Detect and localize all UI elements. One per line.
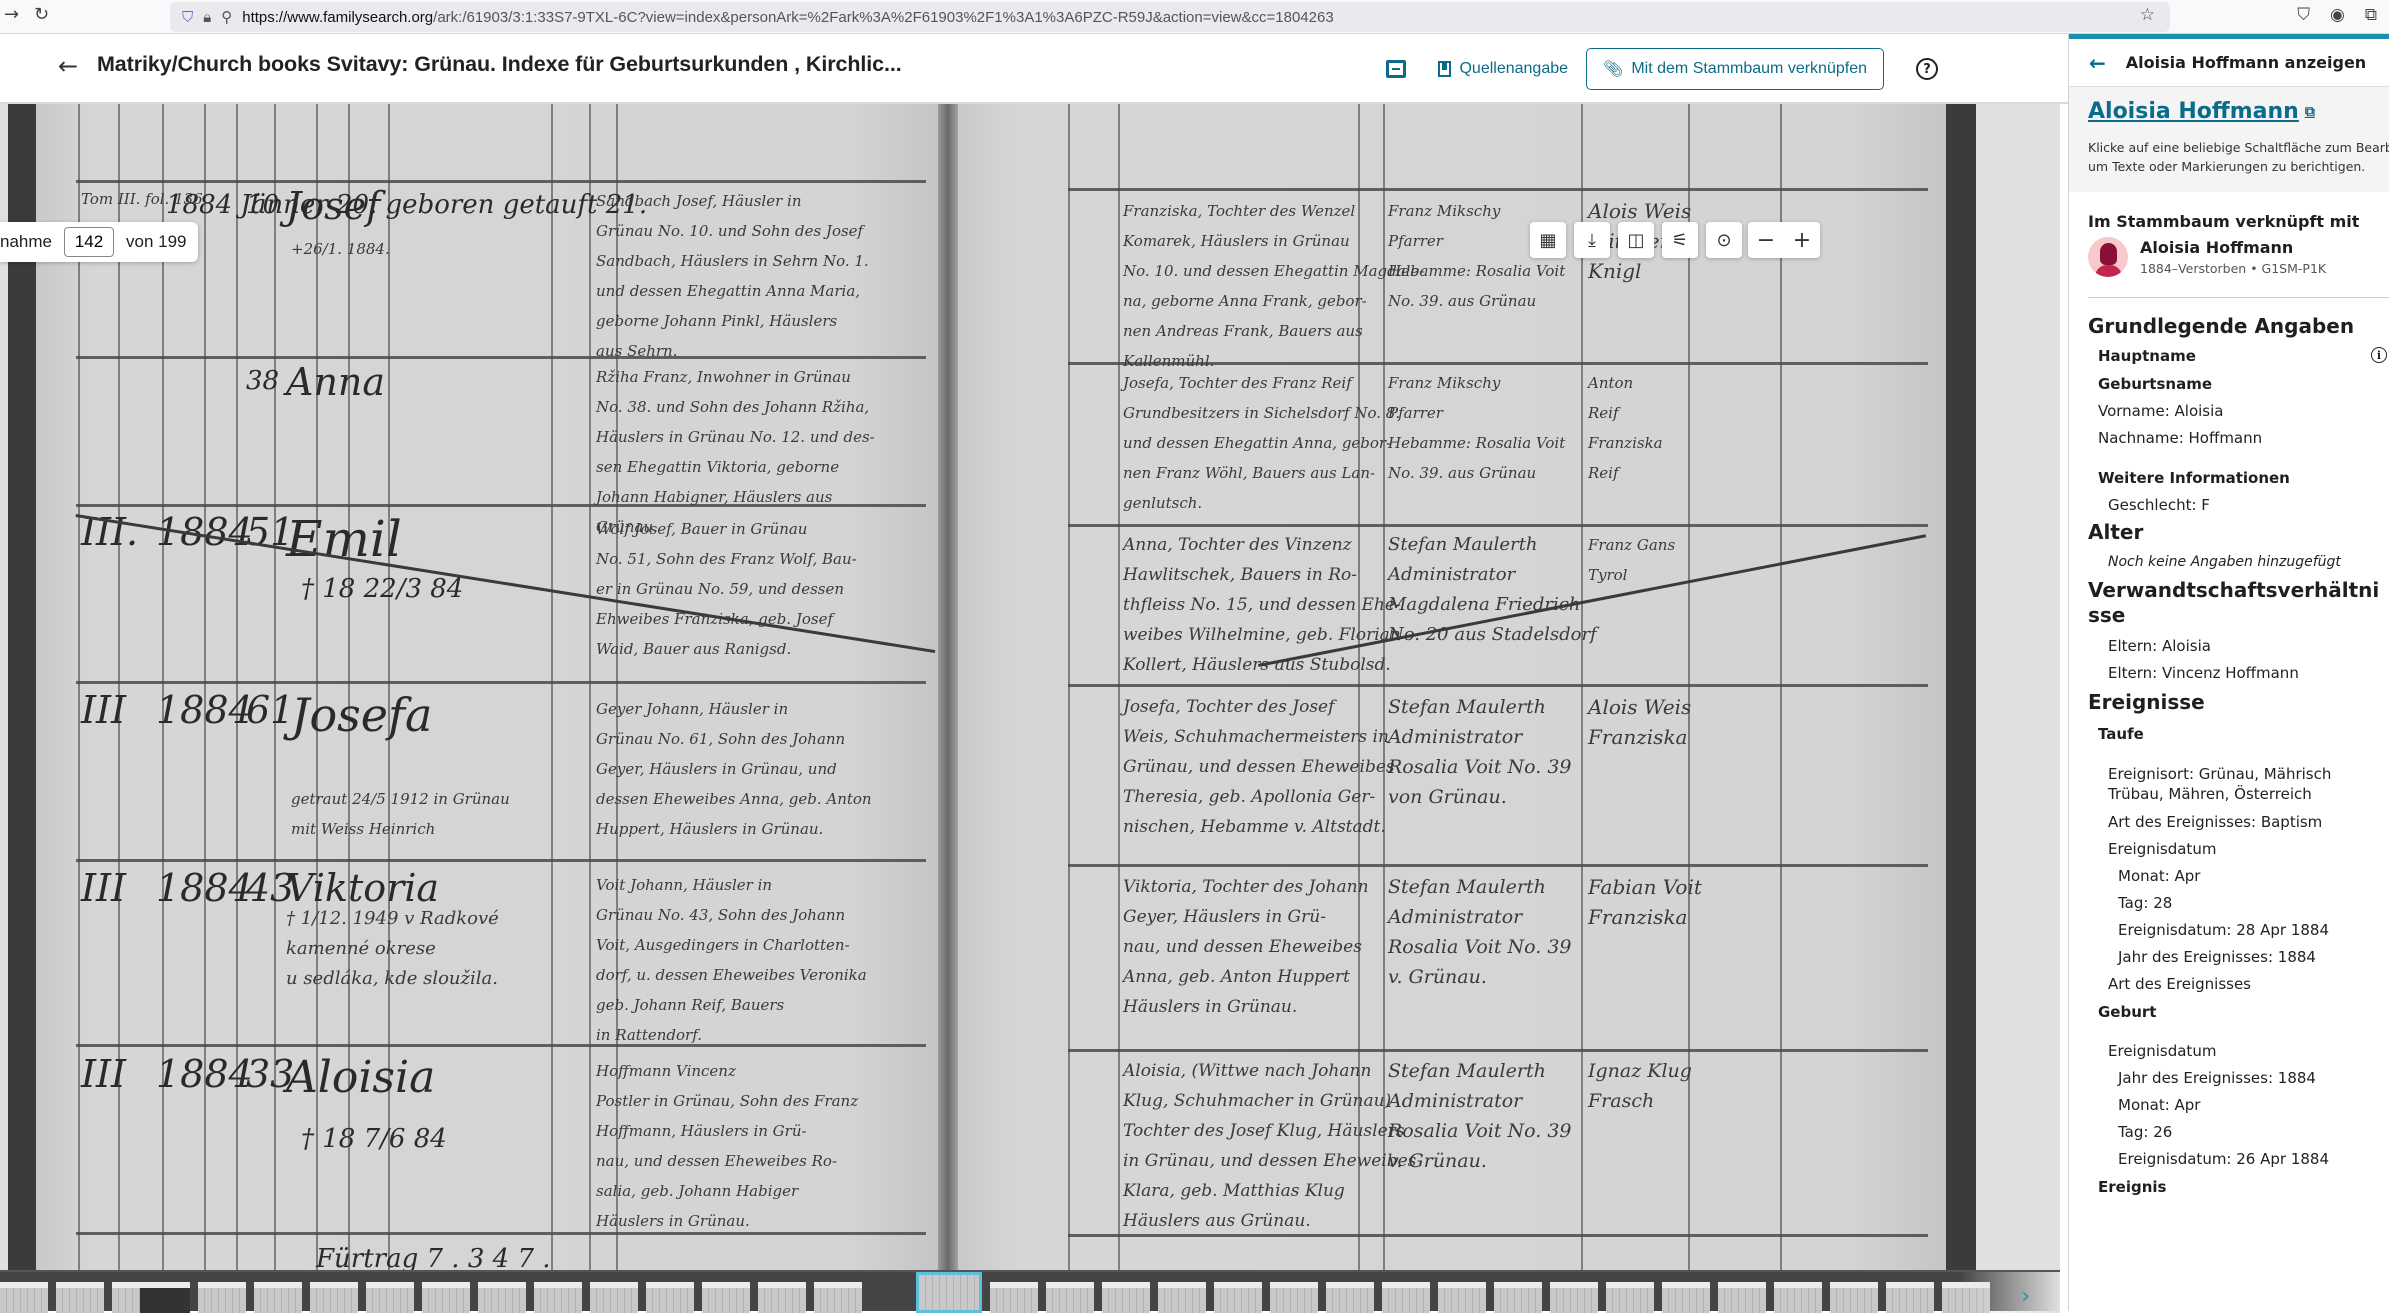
bookmark-star-icon[interactable]: ☆ bbox=[2140, 5, 2155, 25]
extensions-icon[interactable]: ⧉ bbox=[2365, 5, 2377, 25]
page-title: Matriky/Church books Svitavy: Grünau. In… bbox=[97, 52, 902, 77]
thumbnail[interactable] bbox=[1382, 1282, 1430, 1311]
attach-to-tree-label: Mit dem Stammbaum verknüpfen bbox=[1631, 60, 1867, 78]
account-icon[interactable]: ◉ bbox=[2330, 5, 2345, 25]
birth-date: Ereignisdatum: 26 Apr 1884 bbox=[2088, 1150, 2389, 1168]
image-number-input[interactable] bbox=[64, 227, 114, 257]
baptism-date-label: Ereignisdatum bbox=[2088, 840, 2389, 858]
thumbnail[interactable] bbox=[1270, 1282, 1318, 1311]
death-note: +26/1. 1884. bbox=[291, 234, 390, 264]
thumbnail[interactable] bbox=[814, 1282, 862, 1311]
thumbnail[interactable] bbox=[56, 1282, 104, 1311]
thumbnail[interactable] bbox=[990, 1282, 1038, 1311]
child-name-aloisia: Aloisia bbox=[286, 1052, 435, 1103]
browser-toolbar: → ↻ ⛉ 🔒︎ ⚲ https://www.familysearch.org/… bbox=[0, 0, 2389, 34]
url-path: /ark:/61903/3:1:33S7-9TXL-6C?view=index&… bbox=[433, 9, 1334, 26]
thumbnail-strip[interactable]: › bbox=[0, 1270, 2060, 1311]
locate-icon[interactable]: ⊙ bbox=[1706, 222, 1742, 258]
age-empty-note: Noch keine Angaben hinzugefügt bbox=[2088, 554, 2389, 570]
info-icon[interactable]: i bbox=[2371, 347, 2387, 363]
person-panel: ← Aloisia Hoffmann anzeigen Aloisia Hoff… bbox=[2068, 34, 2389, 1311]
left-page: Tom III. fol. 136 1884 Jänner 20. gebore… bbox=[36, 104, 938, 1270]
image-counter: nahme von 199 bbox=[0, 222, 198, 262]
baptism-date: Ereignisdatum: 28 Apr 1884 bbox=[2088, 921, 2389, 939]
external-link-icon: ⧉ bbox=[2305, 104, 2315, 120]
thumbnail[interactable] bbox=[0, 1282, 48, 1311]
godparents-entry: Fabian Voit Franziska bbox=[1588, 872, 1702, 932]
person-name: Aloisia Hoffmann bbox=[2088, 99, 2299, 124]
mother-entry: Josefa, Tochter des Franz Reif Grundbesi… bbox=[1123, 368, 1400, 518]
thumbnail[interactable] bbox=[310, 1282, 358, 1311]
house-number: 10 bbox=[246, 190, 279, 220]
godparents-entry: Ignaz Klug Frasch bbox=[1588, 1056, 1692, 1116]
godparents-entry: Franz Gans Tyrol bbox=[1588, 530, 1675, 590]
paperclip-icon: 📎︎ bbox=[1603, 59, 1623, 79]
right-page: Franziska, Tochter des Wenzel Komarek, H… bbox=[958, 104, 1946, 1270]
thumbnail[interactable] bbox=[366, 1282, 414, 1311]
basic-info-heading: Grundlegende Angaben bbox=[2088, 314, 2389, 339]
source-citation-button[interactable]: Quellenangabe bbox=[1438, 60, 1568, 78]
zoom-out-button[interactable]: − bbox=[1757, 228, 1775, 253]
edit-hint-line2: um Texte oder Markierungen zu berichtige… bbox=[2088, 157, 2373, 176]
thumbnail[interactable] bbox=[1046, 1282, 1094, 1311]
baptism-type-2: Art des Ereignisses bbox=[2088, 975, 2389, 993]
events-heading: Ereignisse bbox=[2088, 690, 2389, 715]
tree-person-meta: 1884–Verstorben • G1SM-P1K bbox=[2140, 261, 2326, 276]
panel-back-icon[interactable]: ← bbox=[2089, 51, 2106, 75]
edit-hint-line1: Klicke auf eine beliebige Schaltfläche z… bbox=[2088, 138, 2373, 157]
father-entry: Hoffmann Vincenz Postler in Grünau, Sohn… bbox=[596, 1056, 858, 1236]
thumbnail[interactable] bbox=[1550, 1282, 1598, 1311]
thumbnail[interactable] bbox=[590, 1282, 638, 1311]
relationships-heading: Verwandtschaftsverhältnisse bbox=[2088, 578, 2389, 628]
baptism-month: Monat: Apr bbox=[2088, 867, 2389, 885]
person-summary: Aloisia Hoffmann ⧉ Klicke auf eine belie… bbox=[2069, 87, 2389, 192]
url-host: https://www.familysearch.org bbox=[242, 9, 433, 26]
zoom-in-button[interactable]: + bbox=[1793, 228, 1811, 253]
thumbnail[interactable] bbox=[1438, 1282, 1486, 1311]
back-arrow-icon[interactable]: ← bbox=[58, 52, 78, 80]
birth-date-label: Ereignisdatum bbox=[2088, 1042, 2389, 1060]
marriage-note: getraut 24/5 1912 in Grünau mit Weiss He… bbox=[291, 784, 510, 844]
thumbnail[interactable] bbox=[1606, 1282, 1654, 1311]
thumbnail[interactable] bbox=[1774, 1282, 1822, 1311]
image-viewer[interactable]: Tom III. fol. 136 1884 Jänner 20. gebore… bbox=[0, 104, 2060, 1270]
url-bar[interactable]: ⛉ 🔒︎ ⚲ https://www.familysearch.org/ark:… bbox=[170, 2, 2170, 32]
page-tally: Fürtrag 7 . 3 4 7 . bbox=[316, 1244, 551, 1270]
baptism-year: Jahr des Ereignisses: 1884 bbox=[2088, 948, 2389, 966]
child-name: Josef bbox=[286, 184, 380, 228]
father-entry: Wolf Josef, Bauer in Grünau No. 51, Sohn… bbox=[596, 514, 857, 664]
mother-entry: Anna, Tochter des Vinzenz Hawlitschek, B… bbox=[1123, 530, 1401, 680]
baptism-type: Art des Ereignisses: Baptism bbox=[2088, 813, 2389, 831]
thumbnail[interactable] bbox=[1102, 1282, 1150, 1311]
mother-entry: Josefa, Tochter des Josef Weis, Schuhmac… bbox=[1123, 692, 1395, 842]
edit-hint: Klicke auf eine beliebige Schaltfläche z… bbox=[2088, 138, 2373, 176]
birth-month: Monat: Apr bbox=[2088, 1096, 2389, 1114]
tree-link-title: Im Stammbaum verknüpft mit bbox=[2088, 212, 2389, 231]
house-number: 38 bbox=[246, 366, 279, 396]
death-note: † 18 22/3 84 bbox=[301, 574, 463, 604]
image-counter-label: nahme bbox=[0, 232, 52, 252]
gender: Geschlecht: F bbox=[2088, 496, 2389, 514]
help-icon[interactable]: ? bbox=[1916, 58, 1938, 80]
chevron-right-icon[interactable]: › bbox=[2021, 1284, 2030, 1309]
avatar bbox=[2088, 237, 2128, 277]
thumbnail[interactable] bbox=[254, 1282, 302, 1311]
book-gutter bbox=[938, 104, 958, 1270]
priest-entry: Stefan Maulerth Administrator Rosalia Vo… bbox=[1388, 872, 1572, 992]
mother-entry: Viktoria, Tochter des Johann Geyer, Häus… bbox=[1123, 872, 1369, 1022]
thumbnail[interactable] bbox=[534, 1282, 582, 1311]
baptism-place: Ereignisort: Grünau, Mährisch Trübau, Mä… bbox=[2088, 764, 2389, 804]
thumbnail[interactable] bbox=[422, 1282, 470, 1311]
father-entry: Geyer Johann, Häusler in Grünau No. 61, … bbox=[596, 694, 872, 844]
priest-entry: Stefan Maulerth Administrator Rosalia Vo… bbox=[1388, 1056, 1572, 1176]
entry-date: 1884 Jänner 20. geboren getauft 21. bbox=[166, 190, 647, 220]
baptism-day: Tag: 28 bbox=[2088, 894, 2389, 912]
priest-entry: Franz Mikschy Pfarrer Hebamme: Rosalia V… bbox=[1388, 368, 1565, 488]
source-citation-label: Quellenangabe bbox=[1459, 60, 1568, 78]
thumbnail[interactable] bbox=[646, 1282, 694, 1311]
death-note: † 1/12. 1949 v Radkové kamenné okrese u … bbox=[286, 904, 499, 994]
person-name-link[interactable]: Aloisia Hoffmann ⧉ bbox=[2088, 99, 2315, 124]
book-icon bbox=[1438, 61, 1451, 77]
attach-to-tree-button[interactable]: 📎︎ Mit dem Stammbaum verknüpfen bbox=[1586, 48, 1884, 90]
compare-icon[interactable]: ◫ bbox=[1618, 222, 1654, 258]
event-birth-label: Geburt bbox=[2088, 1003, 2389, 1021]
godparents-entry: Alois Weis Franziska bbox=[1588, 692, 1691, 752]
priest-entry: Stefan Maulerth Administrator Rosalia Vo… bbox=[1388, 692, 1572, 812]
pocket-icon[interactable]: ⛉ bbox=[2297, 5, 2310, 25]
shield-icon[interactable]: ⛉ bbox=[182, 9, 193, 26]
relation-parent: Eltern: Aloisia bbox=[2088, 637, 2389, 655]
child-name: Anna bbox=[286, 360, 385, 404]
thumbnail-fade bbox=[1960, 1272, 2060, 1311]
thumbnail-current[interactable] bbox=[916, 1272, 982, 1311]
age-heading: Alter bbox=[2088, 520, 2389, 545]
mother-entry-aloisia: Aloisia, (Wittwe nach Johann Klug, Schuh… bbox=[1123, 1056, 1416, 1236]
lock-icon[interactable]: 🔒︎ bbox=[203, 9, 211, 26]
given-name: Vorname: Aloisia bbox=[2088, 402, 2389, 420]
further-info-label: Weitere Informationen bbox=[2088, 469, 2389, 487]
surname: Nachname: Hoffmann bbox=[2088, 429, 2389, 447]
thumbnail[interactable] bbox=[1662, 1282, 1710, 1311]
thumbnail[interactable] bbox=[140, 1282, 190, 1311]
record-image[interactable]: Tom III. fol. 136 1884 Jänner 20. gebore… bbox=[8, 104, 1976, 1270]
thumbnail[interactable] bbox=[1214, 1282, 1262, 1311]
image-total: von 199 bbox=[126, 232, 187, 252]
tree-person-name[interactable]: Aloisia Hoffmann bbox=[2140, 238, 2326, 257]
thumbnail[interactable] bbox=[1718, 1282, 1766, 1311]
thumbnail[interactable] bbox=[478, 1282, 526, 1311]
grid-icon[interactable]: ▦ bbox=[1530, 222, 1566, 258]
birth-day: Tag: 26 bbox=[2088, 1123, 2389, 1141]
death-note: † 18 7/6 84 bbox=[301, 1124, 447, 1154]
event-baptism-label: Taufe bbox=[2088, 725, 2389, 743]
thumbnail[interactable] bbox=[1494, 1282, 1542, 1311]
zoom-control: − + bbox=[1748, 222, 1820, 258]
event-cut-heading: Ereignis bbox=[2088, 1178, 2389, 1196]
main-name-label: Hauptname bbox=[2098, 347, 2196, 365]
house-number: 61 bbox=[246, 688, 294, 732]
thumbnail[interactable] bbox=[198, 1282, 246, 1311]
reload-icon[interactable]: ↻ bbox=[34, 4, 49, 25]
viewer-toolbar: ▦ ⤓ ◫ ⚟ ⊙ bbox=[1530, 222, 1742, 258]
thumbnail[interactable] bbox=[1886, 1282, 1934, 1311]
birth-name-label: Geburtsname bbox=[2088, 375, 2389, 393]
archive-icon[interactable] bbox=[1386, 60, 1406, 78]
thumbnail[interactable] bbox=[1830, 1282, 1878, 1311]
forward-icon[interactable]: → bbox=[4, 4, 19, 25]
permissions-icon[interactable]: ⚲ bbox=[221, 8, 232, 26]
mother-entry: Franziska, Tochter des Wenzel Komarek, H… bbox=[1123, 196, 1424, 376]
father-entry: Voit Johann, Häusler in Grünau No. 43, S… bbox=[596, 870, 867, 1050]
thumbnail[interactable] bbox=[702, 1282, 750, 1311]
download-icon[interactable]: ⤓ bbox=[1574, 222, 1610, 258]
relation-parent: Eltern: Vincenz Hoffmann bbox=[2088, 664, 2389, 682]
father-entry: Sandbach Josef, Häusler in Grünau No. 10… bbox=[596, 186, 869, 366]
birth-year: Jahr des Ereignisses: 1884 bbox=[2088, 1069, 2389, 1087]
thumbnail[interactable] bbox=[1158, 1282, 1206, 1311]
thumbnail[interactable] bbox=[1326, 1282, 1374, 1311]
tree-person-card[interactable]: Aloisia Hoffmann 1884–Verstorben • G1SM-… bbox=[2088, 237, 2389, 298]
panel-title: Aloisia Hoffmann anzeigen bbox=[2126, 53, 2366, 72]
godparents-entry: Anton Reif Franziska Reif bbox=[1588, 368, 1663, 488]
app-header: ← Matriky/Church books Svitavy: Grünau. … bbox=[0, 34, 2068, 104]
help-glyph: ? bbox=[1923, 62, 1931, 77]
thumbnail[interactable] bbox=[758, 1282, 806, 1311]
child-name: Josefa bbox=[291, 688, 432, 742]
adjust-icon[interactable]: ⚟ bbox=[1662, 222, 1698, 258]
